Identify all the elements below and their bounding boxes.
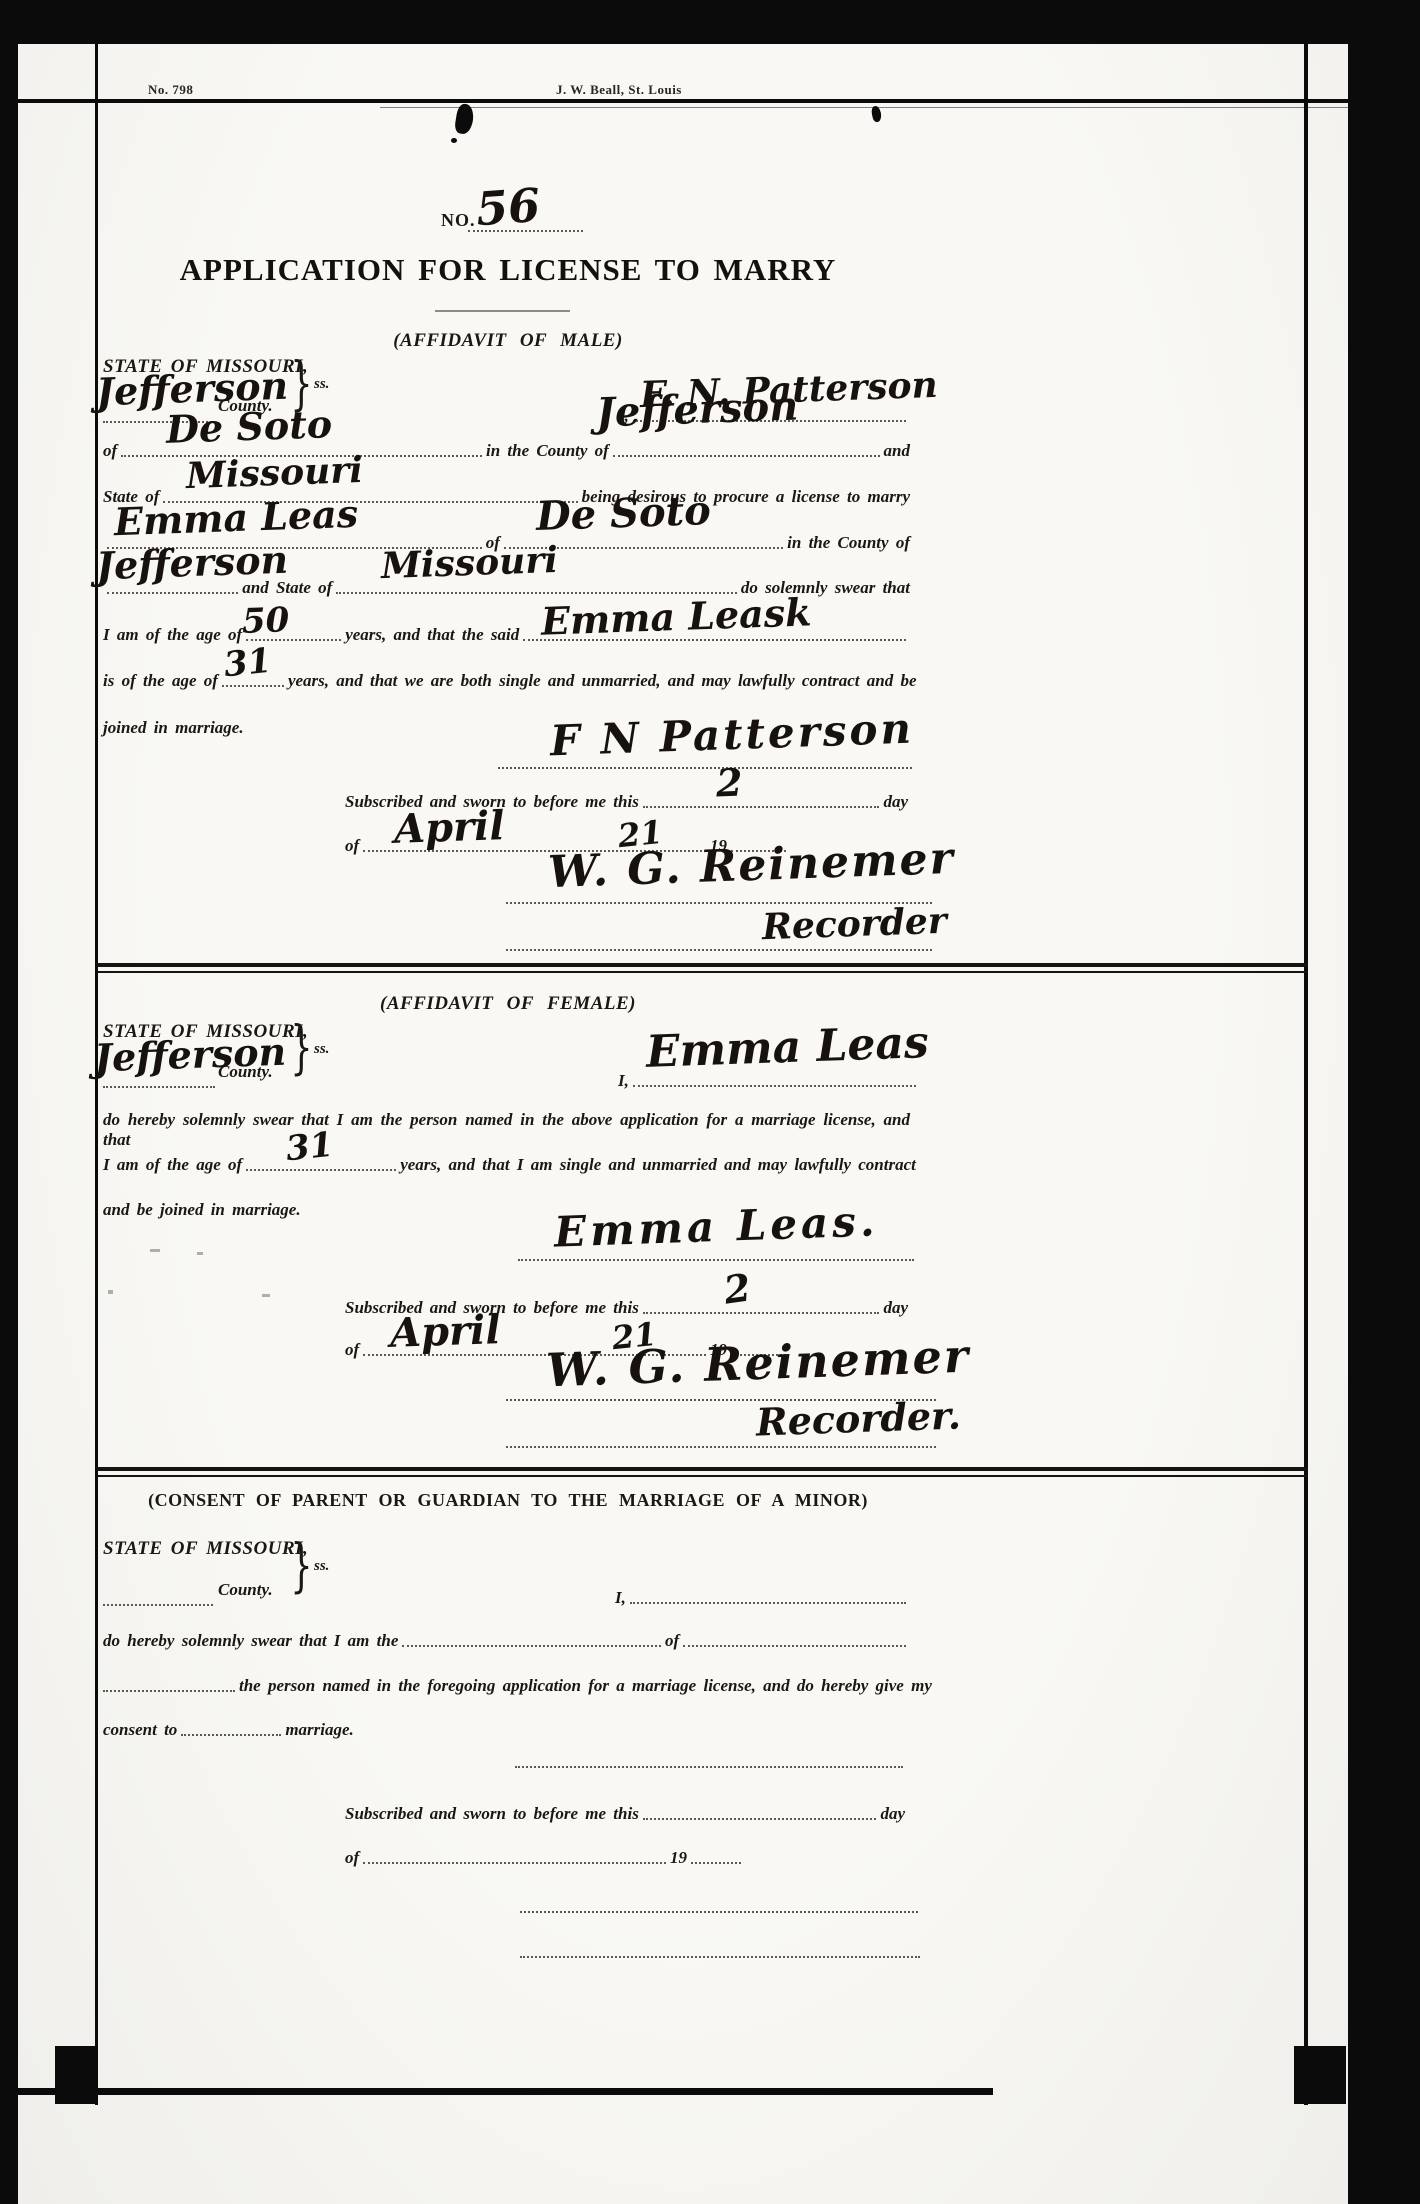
section-divider bbox=[97, 963, 1308, 973]
speck bbox=[197, 1252, 203, 1255]
consent-county-line bbox=[103, 1603, 213, 1606]
years-both-label: years, and that we are both single and u… bbox=[288, 671, 917, 691]
female-county-handwritten: Jefferson bbox=[93, 1033, 286, 1078]
male-bride-city: De Soto bbox=[535, 491, 711, 537]
male-bride-name: Emma Leas bbox=[113, 495, 358, 541]
consent-marriage-row: consent to marriage. bbox=[103, 1720, 443, 1740]
bottom-right-punch bbox=[1294, 2046, 1346, 2104]
female-age-row: I am of the age of years, and that I am … bbox=[103, 1155, 910, 1175]
dotted-leader bbox=[107, 591, 238, 594]
year-prefix: 19 bbox=[670, 1848, 687, 1868]
female-joined-label: and be joined in marriage. bbox=[103, 1200, 301, 1220]
female-month: April bbox=[389, 1310, 501, 1354]
male-groom-county: Jefferson bbox=[595, 386, 799, 433]
male-bride-county: Jefferson bbox=[95, 541, 288, 586]
consent-consent-label: consent to bbox=[103, 1720, 177, 1740]
dotted-leader bbox=[643, 1311, 880, 1314]
consent-swear-row: do hereby solemnly swear that I am the o… bbox=[103, 1631, 910, 1651]
female-signature: Emma Leas. bbox=[553, 1200, 879, 1253]
dotted-leader bbox=[103, 1689, 235, 1692]
of-label: of bbox=[345, 836, 359, 856]
female-officer-signature: W. G. Reinemer bbox=[545, 1333, 970, 1394]
of-label: of bbox=[665, 1631, 679, 1651]
day-label: day bbox=[883, 1298, 908, 1318]
female-brace: } bbox=[290, 1018, 312, 1076]
bride-age-label: is of the age of bbox=[103, 671, 218, 691]
consent-county-label: County. bbox=[218, 1580, 273, 1600]
male-officer-title: Recorder bbox=[761, 903, 947, 945]
and-label: and bbox=[884, 441, 910, 461]
female-officer-title-line bbox=[506, 1445, 936, 1448]
male-affidavit-heading: (AFFIDAVIT OF MALE) bbox=[103, 330, 913, 352]
male-month: April bbox=[393, 806, 505, 850]
male-bride-name-2: Emma Leask bbox=[540, 593, 812, 640]
male-joined-label: joined in marriage. bbox=[103, 718, 244, 738]
scan-left-band bbox=[0, 0, 18, 2204]
dotted-leader bbox=[683, 1644, 906, 1647]
top-horizontal-rule-2 bbox=[380, 107, 1348, 108]
license-number-value: 56 bbox=[474, 182, 541, 232]
male-groom-age: 50 bbox=[241, 603, 289, 639]
consent-swear-label: do hereby solemnly swear that I am the bbox=[103, 1631, 398, 1651]
page-right-rule bbox=[1304, 44, 1308, 2105]
top-horizontal-rule bbox=[18, 99, 1348, 103]
title-underline bbox=[435, 310, 570, 312]
female-bride-age: 31 bbox=[284, 1128, 335, 1167]
dotted-leader bbox=[613, 454, 880, 457]
speck bbox=[262, 1294, 270, 1297]
male-day-value: 2 bbox=[715, 764, 743, 803]
female-officer-title: Recorder. bbox=[755, 1396, 961, 1441]
male-signature: F N Patterson bbox=[549, 708, 914, 763]
scan-top-band bbox=[0, 0, 1420, 44]
female-signature-line bbox=[518, 1258, 914, 1261]
groom-age-label: I am of the age of bbox=[103, 625, 242, 645]
consent-state-label: STATE OF MISSOURI, bbox=[103, 1538, 308, 1560]
of-label: of bbox=[345, 1340, 359, 1360]
female-i-label: I, bbox=[618, 1071, 629, 1091]
dotted-leader bbox=[246, 1168, 396, 1171]
consent-marriage-label: marriage. bbox=[285, 1720, 353, 1740]
consent-ss-label: ss. bbox=[314, 1558, 329, 1575]
dotted-leader bbox=[181, 1733, 281, 1736]
male-officer-title-line bbox=[506, 948, 932, 951]
scanned-marriage-application: No. 798 J. W. Beall, St. Louis NO. 56 AP… bbox=[0, 0, 1420, 2204]
male-bride-state: Missouri bbox=[380, 542, 558, 584]
dotted-leader bbox=[630, 1601, 906, 1604]
dotted-leader bbox=[633, 1084, 916, 1087]
speck bbox=[108, 1290, 113, 1294]
consent-i-label: I, bbox=[615, 1588, 626, 1608]
day-label: day bbox=[880, 1804, 905, 1824]
female-bride-name: Emma Leas bbox=[645, 1021, 929, 1075]
consent-date-row: of 19 bbox=[345, 1848, 745, 1868]
female-affidavit-heading: (AFFIDAVIT OF FEMALE) bbox=[103, 993, 913, 1015]
in-county-label: in the County of bbox=[486, 441, 609, 461]
female-day-value: 2 bbox=[721, 1268, 752, 1309]
in-county-label: in the County of bbox=[787, 533, 910, 553]
consent-i-row: I, bbox=[615, 1588, 910, 1608]
male-groom-state: Missouri bbox=[185, 452, 363, 494]
consent-officer-signature-line bbox=[520, 1910, 918, 1913]
dotted-leader bbox=[643, 1817, 877, 1820]
page-title: APPLICATION FOR LICENSE TO MARRY bbox=[103, 252, 913, 288]
day-label: day bbox=[883, 792, 908, 812]
bottom-rule bbox=[18, 2088, 993, 2095]
female-years-label: years, and that I am single and unmarrie… bbox=[400, 1155, 916, 1175]
consent-brace: } bbox=[290, 1536, 312, 1594]
no-label: NO. bbox=[441, 210, 476, 231]
subscribed-label: Subscribed and sworn to before me this bbox=[345, 1804, 639, 1824]
consent-officer-title-line bbox=[520, 1955, 920, 1958]
of-label: of bbox=[345, 1848, 359, 1868]
ink-blot-dot bbox=[451, 138, 457, 143]
of-label: of bbox=[103, 441, 117, 461]
consent-person-label: the person named in the foregoing applic… bbox=[239, 1676, 932, 1696]
consent-signature-line bbox=[515, 1765, 903, 1768]
form-print-number: No. 798 bbox=[148, 82, 193, 98]
female-county-line bbox=[103, 1085, 215, 1088]
dotted-leader bbox=[402, 1644, 661, 1647]
dotted-leader bbox=[643, 805, 880, 808]
years-said-label: years, and that the said bbox=[345, 625, 519, 645]
dotted-leader bbox=[691, 1861, 741, 1864]
printer-imprint: J. W. Beall, St. Louis bbox=[556, 82, 682, 98]
bottom-left-punch bbox=[55, 2046, 95, 2104]
female-age-label: I am of the age of bbox=[103, 1155, 242, 1175]
male-bride-age: 31 bbox=[222, 644, 273, 683]
speck bbox=[150, 1249, 160, 1252]
consent-subscribed-row: Subscribed and sworn to before me this d… bbox=[345, 1804, 905, 1824]
scan-right-band bbox=[1348, 0, 1420, 2204]
male-signature-line bbox=[498, 766, 912, 769]
consent-heading: (CONSENT OF PARENT OR GUARDIAN TO THE MA… bbox=[103, 1490, 913, 1511]
dotted-leader bbox=[363, 1861, 666, 1864]
male-ss-label: ss. bbox=[314, 376, 329, 393]
section-divider bbox=[97, 1467, 1308, 1477]
consent-person-row: the person named in the foregoing applic… bbox=[103, 1676, 910, 1696]
female-swear-line: do hereby solemnly swear that I am the p… bbox=[103, 1110, 910, 1150]
male-groom-city: De Soto bbox=[165, 405, 332, 449]
female-ss-label: ss. bbox=[314, 1041, 329, 1058]
